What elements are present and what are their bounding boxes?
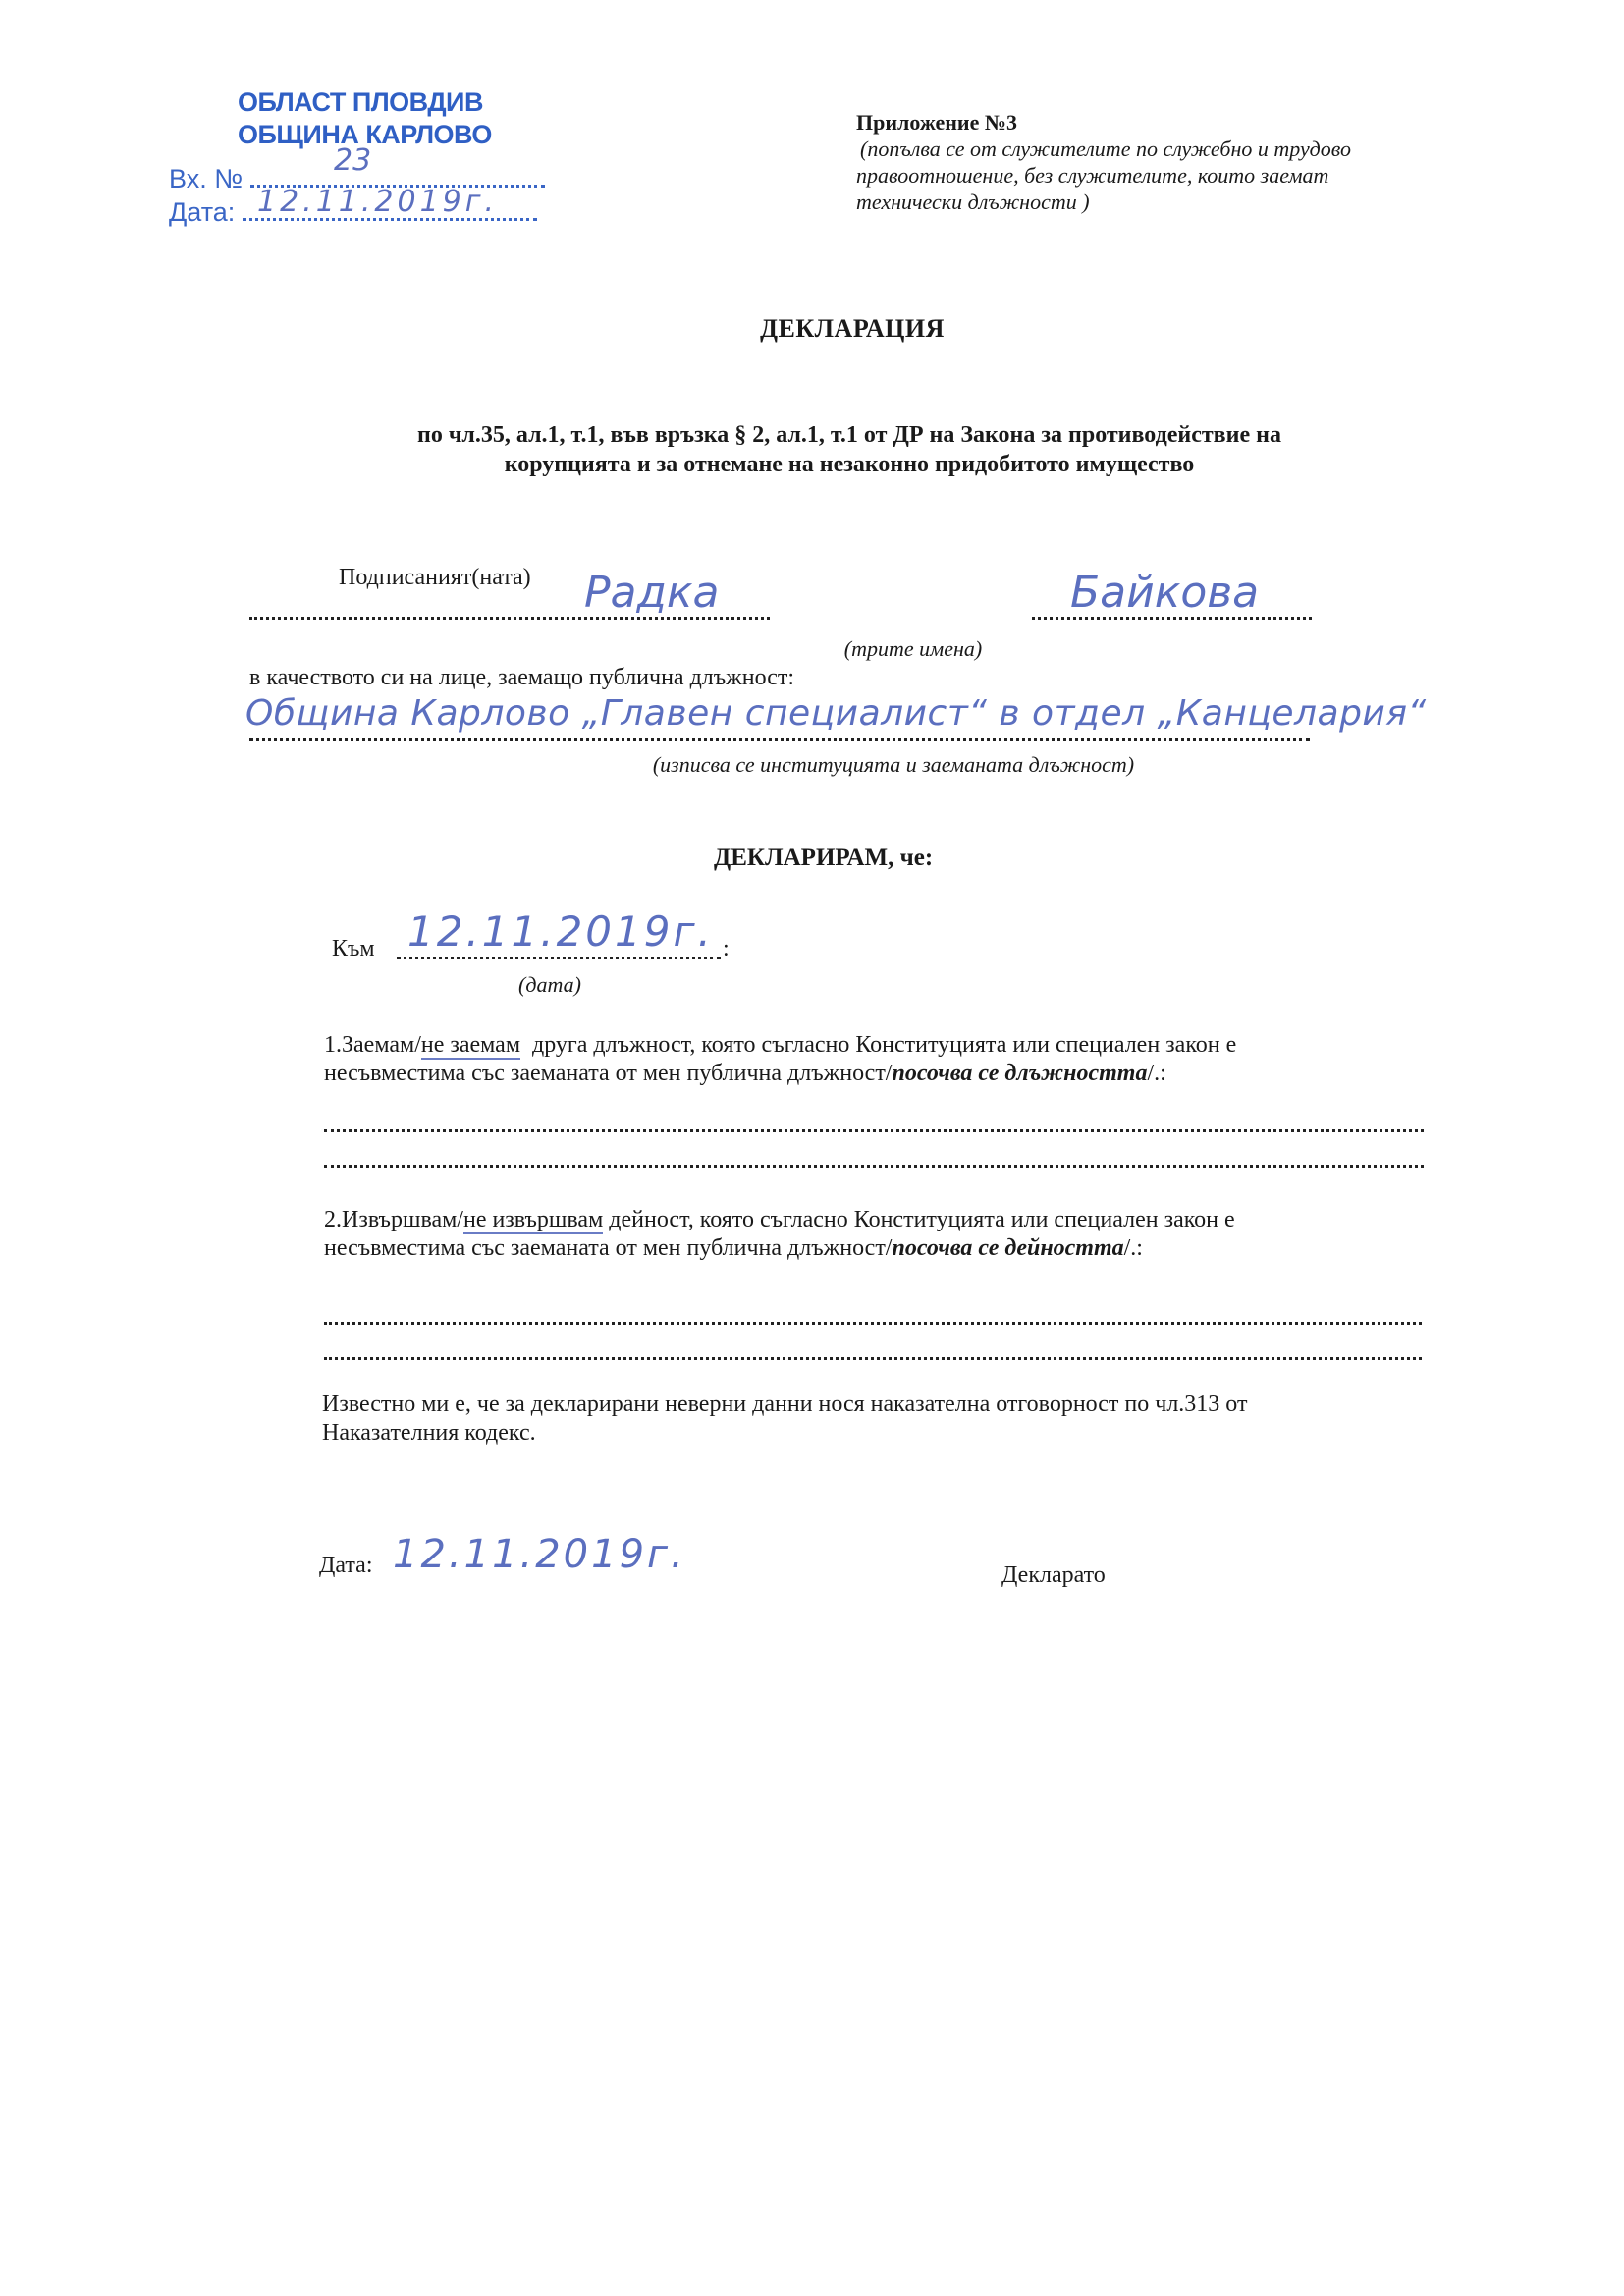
footer-date-label: Дата: — [319, 1552, 373, 1580]
redacted-middle-name — [773, 548, 1032, 625]
stamp-date-value: 12.11.2019г. — [257, 185, 498, 219]
signer-caption: (трите имена) — [805, 636, 1021, 662]
as-of-suffix: : — [723, 935, 730, 963]
subtitle-line-2: корупцията и за отнемане на незаконно пр… — [295, 450, 1404, 479]
item-2-line2-italic: посочва се дейността — [892, 1235, 1123, 1261]
item-2-line1-rest: дейност, която съгласно Конституцията ил… — [603, 1207, 1234, 1232]
stamp-region: ОБЛАСТ ПЛОВДИВ — [238, 86, 492, 119]
stamp-date-label: Дата: — [169, 197, 235, 227]
as-of-date-handwritten: 12.11.2019г. — [407, 907, 714, 956]
signer-last-name: Байкова — [1070, 568, 1259, 618]
declarant-label: Декларато — [1001, 1561, 1134, 1590]
item-1-line2-italic: посочва се длъжността — [892, 1061, 1147, 1086]
position-line — [249, 738, 1310, 741]
annex-note-3: технически длъжности ) — [856, 189, 1465, 215]
position-caption: (изписва се институцията и заеманата длъ… — [550, 752, 1237, 778]
annex-block: Приложение №3 (попълва се от служителите… — [856, 110, 1465, 215]
annex-note-1: (попълва се от служителите по служебно и… — [856, 136, 1465, 162]
footer-date-handwritten: 12.11.2019г. — [393, 1532, 686, 1577]
registration-stamp: ОБЛАСТ ПЛОВДИВ ОБЩИНА КАРЛОВО — [238, 86, 492, 151]
item-2: 2.Извършвам/не извършвам дейност, която … — [324, 1206, 1434, 1263]
item-1-answer-line-1 — [324, 1129, 1424, 1132]
subtitle-line-1: по чл.35, ал.1, т.1, във връзка § 2, ал.… — [295, 420, 1404, 450]
item-1-option-b-selected: не заемам — [421, 1032, 520, 1060]
item-2-answer-line-2 — [324, 1357, 1422, 1360]
item-1-answer-line-2 — [324, 1165, 1424, 1168]
item-2-option-b-selected: не извършвам — [463, 1207, 603, 1234]
item-2-option-a: Извършвам/ — [342, 1207, 463, 1232]
item-2-line2: несъвместима със заеманата от мен публич… — [324, 1235, 892, 1261]
annex-title: Приложение №3 — [856, 110, 1465, 136]
document-subtitle: по чл.35, ал.1, т.1, във връзка § 2, ал.… — [295, 420, 1404, 479]
signer-label: Подписаният(ната) — [339, 564, 531, 592]
item-2-answer-line-1 — [324, 1322, 1422, 1325]
as-of-caption: (дата) — [501, 972, 599, 998]
position-label: в качеството си на лице, заемащо публичн… — [249, 664, 794, 692]
redacted-signature — [1119, 1439, 1407, 1704]
liability-line-1: Известно ми е, че за декларирани неверни… — [322, 1391, 1451, 1419]
item-2-line2-end: /.: — [1124, 1235, 1143, 1261]
stamp-incoming-number: 23 — [334, 143, 371, 178]
annex-note-2: правоотношение, без служителите, които з… — [856, 162, 1465, 189]
document-title: ДЕКЛАРАЦИЯ — [0, 314, 1624, 344]
item-1-line1-rest: друга длъжност, която съгласно Конституц… — [520, 1032, 1236, 1058]
item-1-line2-end: /.: — [1147, 1061, 1165, 1086]
declare-heading: ДЕКЛАРИРАМ, че: — [714, 845, 933, 872]
item-2-number: 2. — [324, 1207, 342, 1232]
stamp-incoming-label: Вх. № — [169, 164, 243, 193]
as-of-date-line — [397, 957, 721, 959]
as-of-label: Към — [332, 935, 375, 963]
signer-first-name: Радка — [584, 568, 719, 618]
item-1-number: 1. — [324, 1032, 342, 1058]
item-1: 1.Заемам/не заемам друга длъжност, която… — [324, 1031, 1434, 1088]
item-1-line2: несъвместима със заеманата от мен публич… — [324, 1061, 892, 1086]
item-1-option-a: Заемам/ — [342, 1032, 421, 1058]
position-handwritten: Община Карлово „Главен специалист“ в отд… — [245, 693, 1427, 734]
